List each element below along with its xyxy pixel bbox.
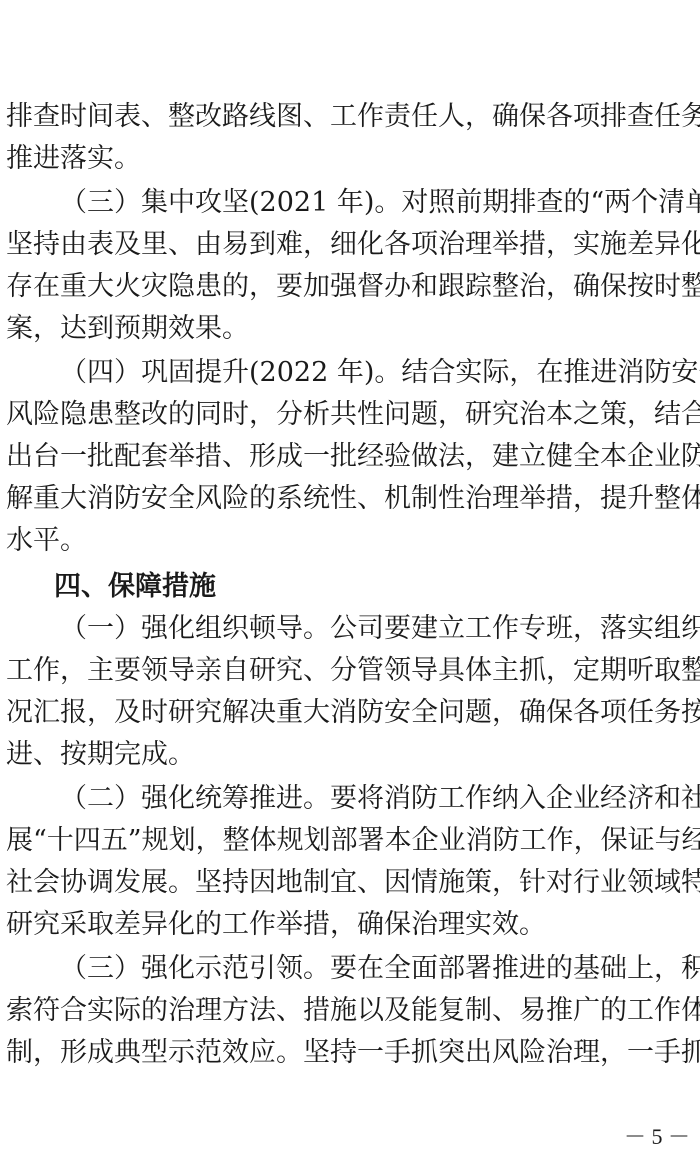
text-line: 进、按期完成。: [6, 739, 688, 771]
text-line: 出台一批配套举措、形成一批经验做法，建立健全本企业防范化: [6, 441, 688, 473]
document-page: 排查时间表、整改路线图、工作责任人，确保各项排查任务精准推进落实。（三）集中攻坚…: [0, 0, 700, 1154]
text-line: 水平。: [6, 525, 688, 557]
text-line: 存在重大火灾隐患的，要加强督办和跟踪整治，确保按时整改销: [6, 271, 688, 303]
text-line: （四）巩固提升(2022 年)。结合实际，在推进消防安全突出: [60, 357, 688, 389]
text-line: 社会协调发展。坚持因地制宜、因情施策，针对行业领域特点，: [6, 867, 688, 899]
text-line: （三）集中攻坚(2021 年)。对照前期排查的“两个清单”，: [60, 187, 688, 219]
text-line: 坚持由表及里、由易到难，细化各项治理举措，实施差异化整治。: [6, 229, 688, 261]
text-line: 推进落实。: [6, 143, 688, 175]
text-line: （二）强化统筹推进。要将消防工作纳入企业经济和社会发: [60, 783, 688, 815]
text-line: （一）强化组织顿导。公司要建立工作专班，落实组织实施: [60, 613, 688, 645]
text-line: 展“十四五”规划，整体规划部署本企业消防工作，保证与经济: [6, 825, 688, 857]
text-line: 排查时间表、整改路线图、工作责任人，确保各项排查任务精准: [6, 101, 688, 133]
text-line: （三）强化示范引领。要在全面部署推进的基础上，积极探: [60, 953, 688, 985]
text-line: 研究采取差异化的工作举措，确保治理实效。: [6, 909, 688, 941]
page-number: － 5 －: [620, 1122, 690, 1152]
text-line: 索符合实际的治理方法、措施以及能复制、易推广的工作体系机: [6, 995, 688, 1027]
text-line: 制，形成典型示范效应。坚持一手抓突出风险治理，一手抓长效: [6, 1037, 688, 1069]
text-line: 解重大消防安全风险的系统性、机制性治理举措，提升整体治理: [6, 483, 688, 515]
text-line: 工作，主要领导亲自研究、分管领导具体主抓，定期听取整治情: [6, 655, 688, 687]
text-line: 案，达到预期效果。: [6, 313, 688, 345]
text-line: 况汇报，及时研究解决重大消防安全问题，确保各项任务按步推: [6, 697, 688, 729]
section-heading: 四、保障措施: [54, 571, 688, 603]
text-line: 风险隐患整改的同时，分析共性问题，研究治本之策，结合实际: [6, 399, 688, 431]
